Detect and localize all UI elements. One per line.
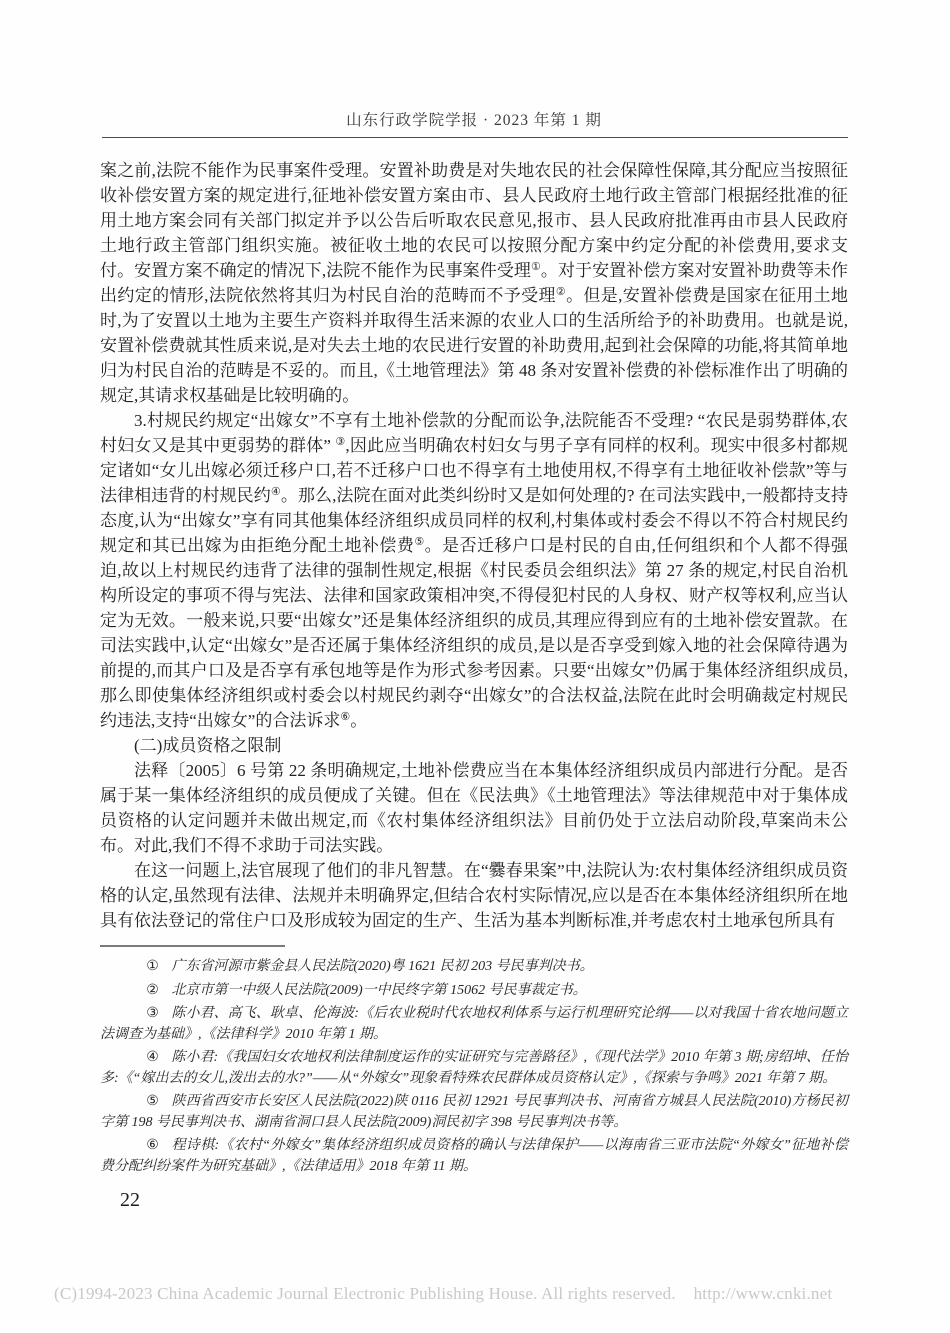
copyright-watermark: (C)1994-2023 China Academic Journal Elec… [54, 1284, 832, 1304]
body-paragraph: 3.村规民约规定“出嫁女”不享有土地补偿款的分配而讼争,法院能否不受理? “农民… [100, 408, 848, 733]
body-paragraph: 法释〔2005〕6 号第 22 条明确规定,土地补偿费应当在本集体经济组织成员内… [100, 758, 848, 858]
footnote-ref: ④ [271, 486, 281, 498]
footnote-text: 广东省河源市紫金县人民法院(2020)粤 1621 民初 203 号民事判决书。 [171, 959, 593, 974]
footnote-list: ①广东省河源市紫金县人民法院(2020)粤 1621 民初 203 号民事判决书… [100, 957, 848, 1177]
footnote-marker: ③ [146, 1006, 159, 1021]
journal-header: 山东行政学院学报 · 2023 年第 1 期 [100, 108, 848, 130]
footnote-divider [100, 945, 285, 947]
footnote-entry: ⑥程诗棋:《农村“外嫁女”集体经济组织成员资格的确认与法律保护——以海南省三亚市… [100, 1136, 848, 1177]
footnote-text: 陈小君、高飞、耿卓、伦海波:《后农业税时代农地权利体系与运行机理研究论纲——以对… [100, 1006, 848, 1042]
body-paragraph: 在这一问题上,法官展现了他们的非凡智慧。在“爨春果案”中,法院认为:农村集体经济… [100, 858, 848, 933]
footnote-entry: ②北京市第一中级人民法院(2009)一中民终字第 15062 号民事裁定书。 [100, 981, 848, 1002]
footnote-ref: ⑤ [414, 536, 424, 548]
footnote-text: 北京市第一中级人民法院(2009)一中民终字第 15062 号民事裁定书。 [171, 983, 586, 998]
footnote-marker: ① [146, 959, 159, 974]
page-number: 22 [100, 1189, 848, 1212]
footnote-marker: ④ [146, 1050, 159, 1065]
body-paragraph: 案之前,法院不能作为民事案件受理。安置补助费是对失地农民的社会保障性保障,其分配… [100, 158, 848, 408]
footnote-ref: ⑥ [340, 711, 350, 723]
footnote-entry: ④陈小君:《我国妇女农地权利法律制度运作的实证研究与完善路径》,《现代法学》20… [100, 1048, 848, 1089]
footnote-marker: ② [146, 983, 159, 998]
footnote-text: 陕西省西安市长安区人民法院(2022)陕 0116 民初 12921 号民事判决… [100, 1094, 848, 1130]
body-paragraph: (二)成员资格之限制 [100, 733, 848, 758]
journal-page: 山东行政学院学报 · 2023 年第 1 期 案之前,法院不能作为民事案件受理。… [0, 0, 950, 1333]
footnote-text: 陈小君:《我国妇女农地权利法律制度运作的实证研究与完善路径》,《现代法学》201… [100, 1050, 848, 1086]
footnote-ref: ③ [335, 436, 345, 448]
footnote-text: 程诗棋:《农村“外嫁女”集体经济组织成员资格的确认与法律保护——以海南省三亚市法… [100, 1138, 848, 1174]
footnote-marker: ⑥ [146, 1138, 159, 1153]
footnote-ref: ② [556, 286, 566, 298]
footnote-ref: ① [531, 261, 541, 273]
footnote-entry: ⑤陕西省西安市长安区人民法院(2022)陕 0116 民初 12921 号民事判… [100, 1092, 848, 1133]
page-body: 案之前,法院不能作为民事案件受理。安置补助费是对失地农民的社会保障性保障,其分配… [100, 158, 848, 1212]
footnote-entry: ①广东省河源市紫金县人民法院(2020)粤 1621 民初 203 号民事判决书… [100, 957, 848, 978]
footnote-marker: ⑤ [146, 1094, 159, 1109]
body-paragraphs: 案之前,法院不能作为民事案件受理。安置补助费是对失地农民的社会保障性保障,其分配… [100, 158, 848, 933]
header-divider [102, 137, 848, 138]
footnote-entry: ③陈小君、高飞、耿卓、伦海波:《后农业税时代农地权利体系与运行机理研究论纲——以… [100, 1004, 848, 1045]
